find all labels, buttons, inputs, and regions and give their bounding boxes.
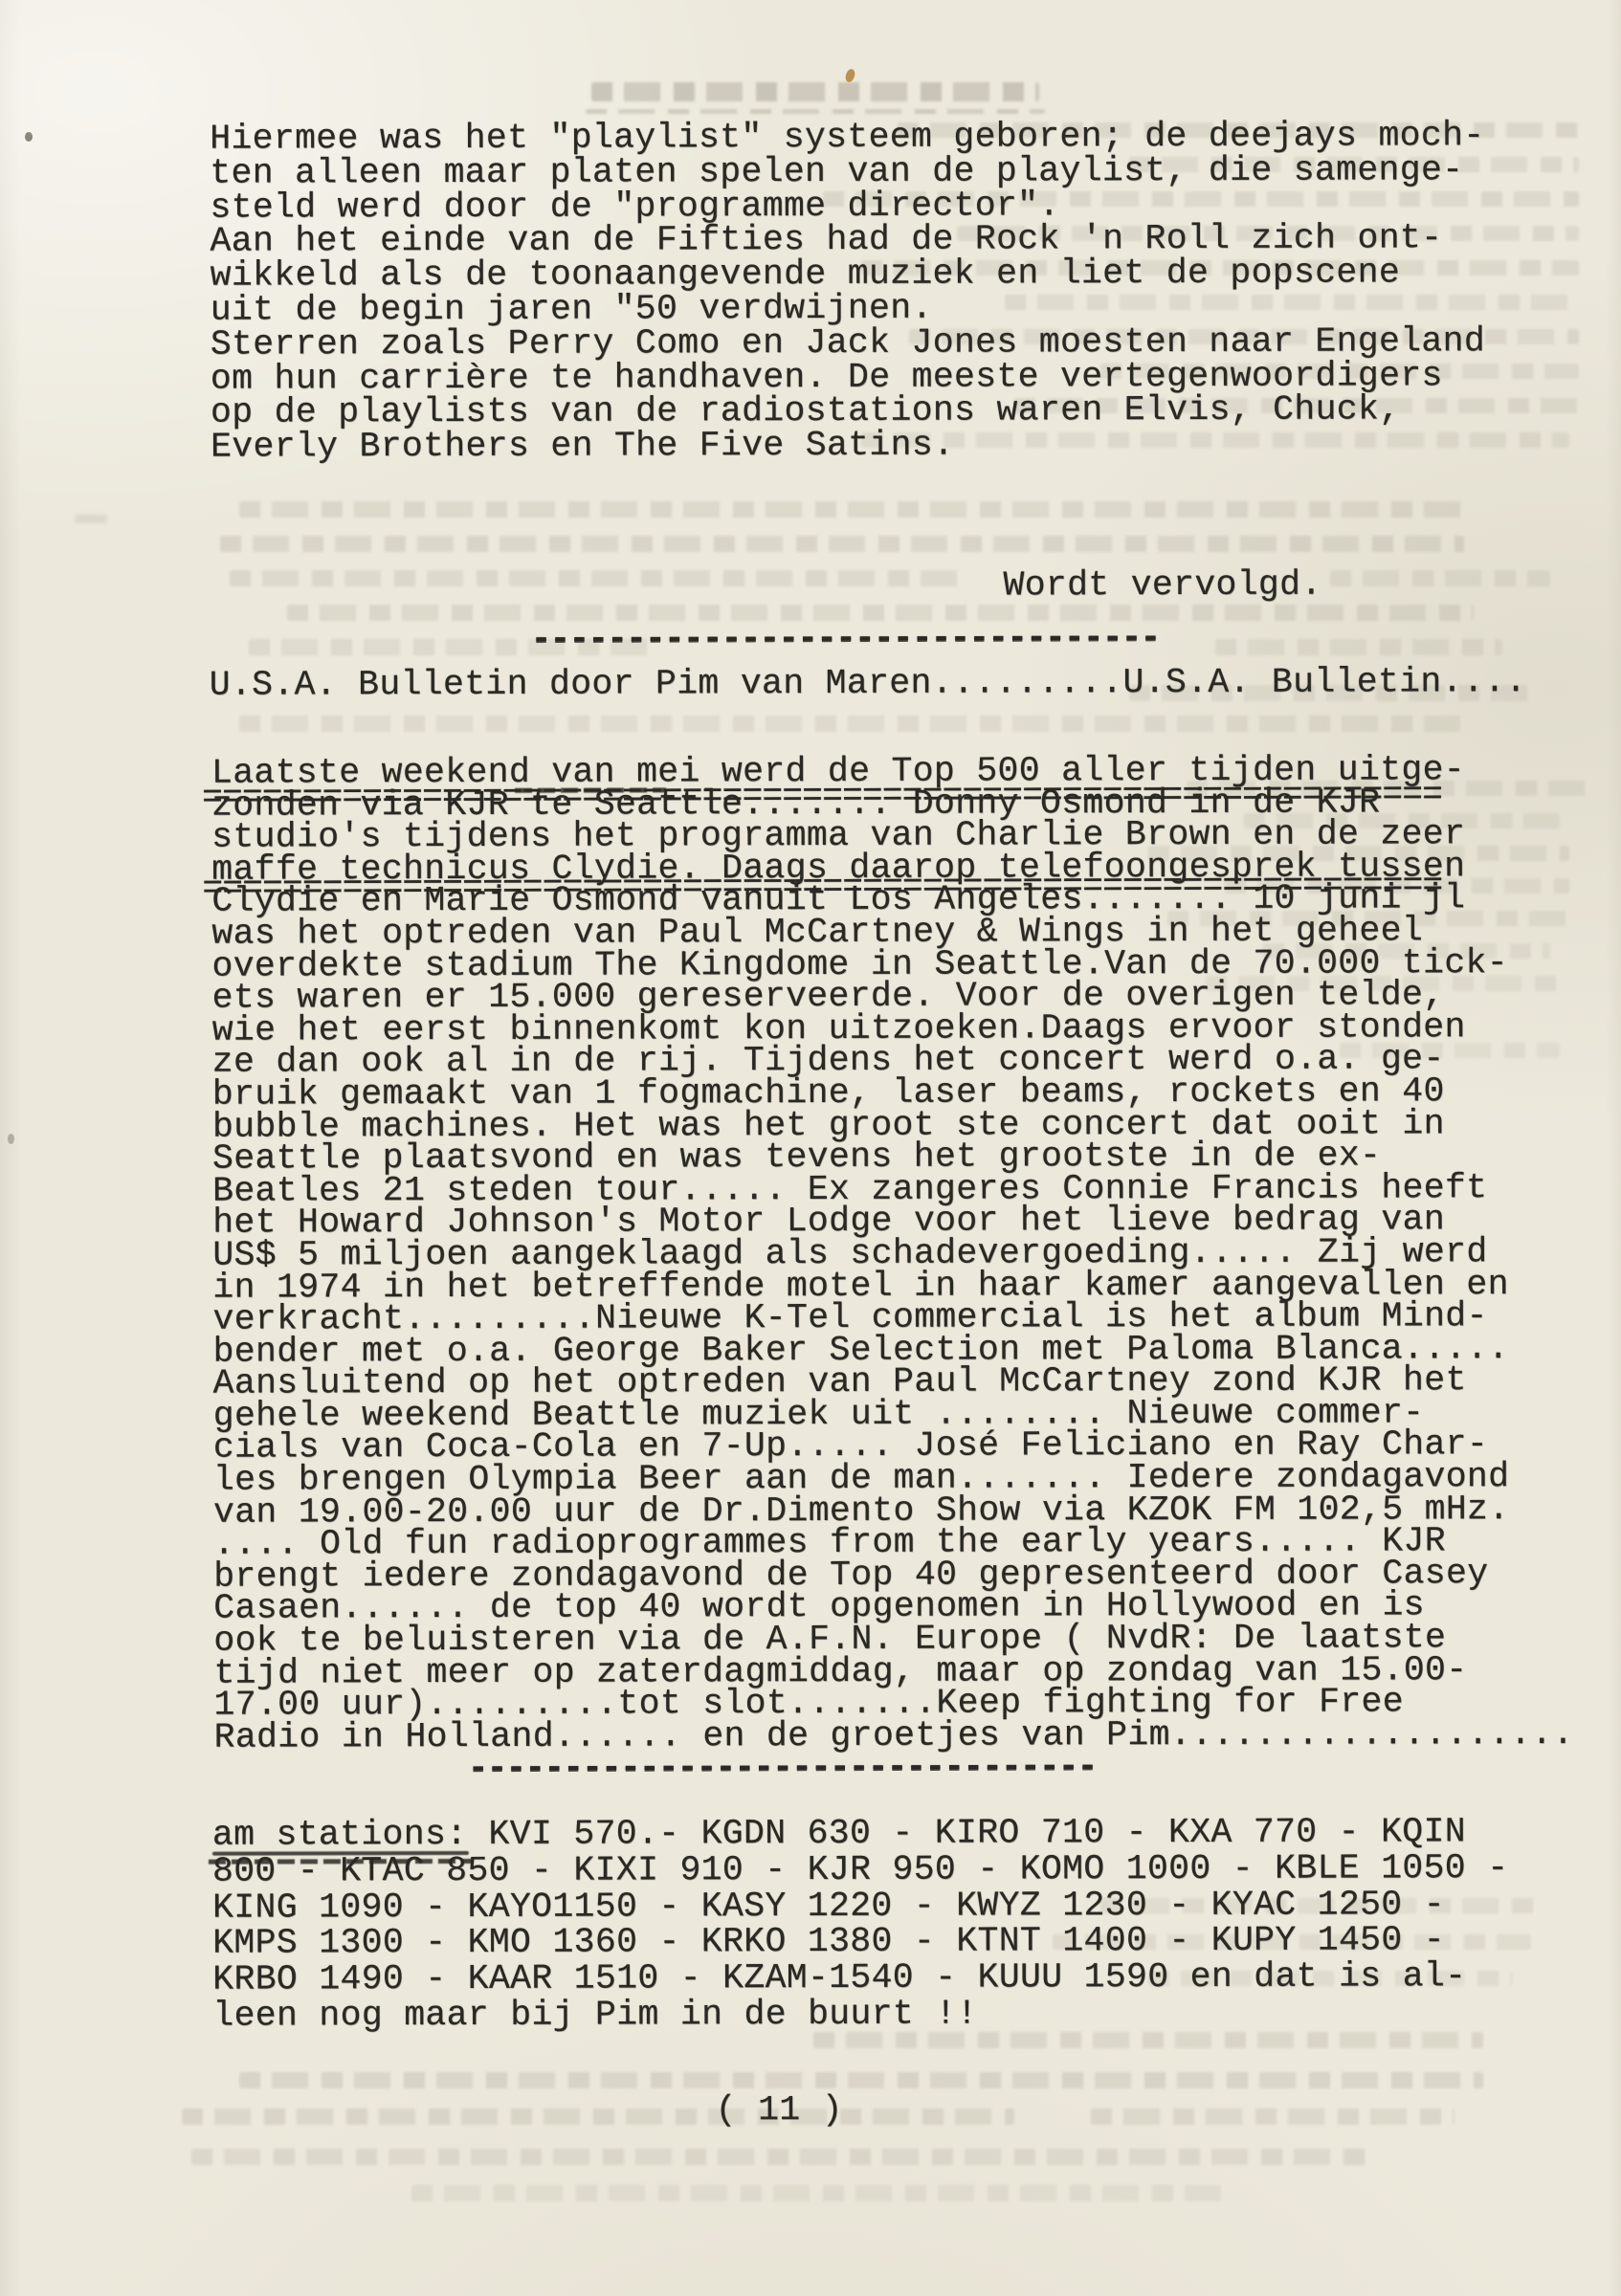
top500-underline xyxy=(515,787,666,792)
scanned-newsletter-page: Hiermee was het "playlist" systeem gebor… xyxy=(0,0,1621,2296)
am-stations-paragraph: am stations: KVI 570.- KGDN 630 - KIRO 7… xyxy=(212,1814,1509,2034)
typed-content: Hiermee was het "playlist" systeem gebor… xyxy=(0,0,1621,2296)
section-separator-dashes: --------------------------------- xyxy=(468,1748,1097,1788)
bulletin-heading: U.S.A. Bulletin door Pim van Maren......… xyxy=(210,663,1527,705)
bulletin-paragraph: Laatste weekend van mei werd de Top 500 … xyxy=(211,754,1574,1754)
continued-note: Wordt vervolgd. xyxy=(1003,566,1321,606)
am-stations-underline xyxy=(212,1851,469,1856)
am-stations-underline-dashed xyxy=(209,1859,473,1865)
page-number: ( 11 ) xyxy=(716,2091,843,2130)
section-separator-dashes: --------------------------------- xyxy=(531,619,1160,659)
intro-paragraph: Hiermee was het "playlist" systeem gebor… xyxy=(210,119,1485,464)
